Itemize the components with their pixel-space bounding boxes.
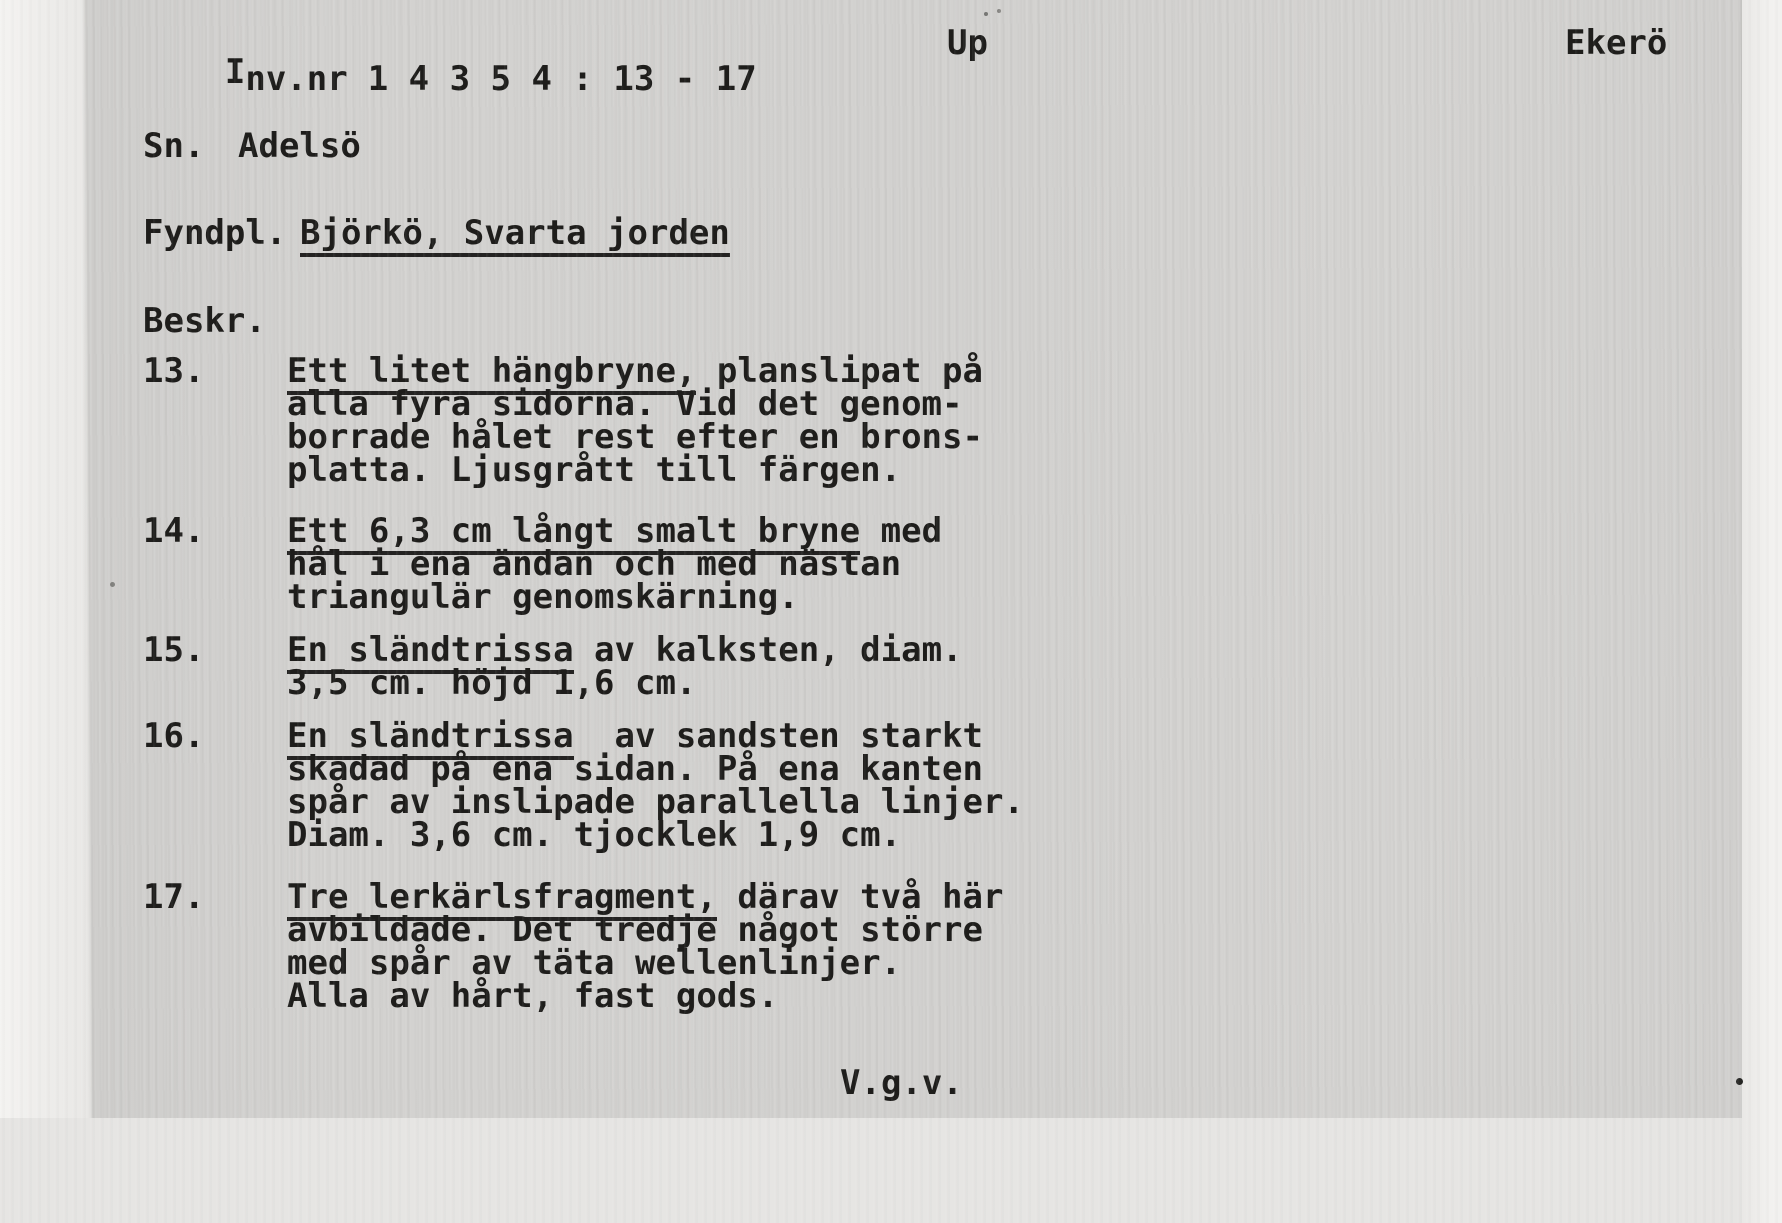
item-description: En sländtrissa av kalksten, diam.3,5 cm.… bbox=[287, 634, 963, 700]
scanner-background-right bbox=[1742, 0, 1782, 1223]
findplace-underlined: Björkö, Svarta jorden bbox=[300, 213, 730, 257]
item-description: Ett litet hängbryne, planslipat påalla f… bbox=[287, 355, 983, 487]
scanned-index-card-page: Inv.nr1 4 3 5 4 : 13 - 17 Up Ekerö Sn. A… bbox=[0, 0, 1782, 1223]
item-number: 13. bbox=[143, 355, 204, 388]
kommun-name: Ekerö bbox=[1565, 27, 1667, 60]
inventory-number-line: Inv.nr1 4 3 5 4 : 13 - 17 bbox=[143, 30, 757, 129]
findplace-value: Björkö, Svarta jorden bbox=[300, 217, 730, 250]
scan-speck bbox=[997, 9, 1001, 13]
turn-page-note: V.g.v. bbox=[840, 1067, 963, 1100]
parish-value: Adelsö bbox=[238, 130, 361, 163]
plain-text: Diam. 3,6 cm. tjocklek 1,9 cm. bbox=[287, 815, 901, 855]
parish-label: Sn. bbox=[143, 130, 204, 163]
description-label: Beskr. bbox=[143, 305, 266, 338]
inventory-label-initial: I bbox=[225, 56, 245, 89]
plain-text: triangulär genomskärning. bbox=[287, 577, 799, 617]
findplace-label: Fyndpl. bbox=[143, 217, 286, 250]
item-line: platta. Ljusgrått till färgen. bbox=[287, 454, 983, 487]
item-line: 3,5 cm. höjd 1,6 cm. bbox=[287, 667, 963, 700]
item-line: Alla av hårt, fast gods. bbox=[287, 980, 1003, 1013]
item-line: Diam. 3,6 cm. tjocklek 1,9 cm. bbox=[287, 819, 1024, 852]
item-number: 16. bbox=[143, 720, 204, 753]
plain-text: 3,5 cm. höjd 1,6 cm. bbox=[287, 663, 696, 703]
plain-text: platta. Ljusgrått till färgen. bbox=[287, 450, 901, 490]
scan-speck bbox=[984, 12, 988, 16]
scan-speck bbox=[110, 582, 115, 587]
item-line: triangulär genomskärning. bbox=[287, 581, 942, 614]
item-description: Tre lerkärlsfragment, därav två häravbil… bbox=[287, 881, 1003, 1013]
item-description: Ett 6,3 cm långt smalt bryne medhål i en… bbox=[287, 515, 942, 614]
plain-text: Alla av hårt, fast gods. bbox=[287, 976, 778, 1016]
inventory-label-rest: nv.nr bbox=[245, 59, 347, 99]
item-number: 15. bbox=[143, 634, 204, 667]
item-number: 17. bbox=[143, 881, 204, 914]
item-description: En sländtrissa av sandsten starktskadad … bbox=[287, 720, 1024, 852]
item-number: 14. bbox=[143, 515, 204, 548]
landskap-abbrev: Up bbox=[947, 27, 988, 60]
scan-speck bbox=[1736, 1078, 1743, 1085]
scanner-background-bottom bbox=[0, 1118, 1782, 1223]
inventory-number-value: 1 4 3 5 4 : 13 - 17 bbox=[368, 59, 757, 99]
